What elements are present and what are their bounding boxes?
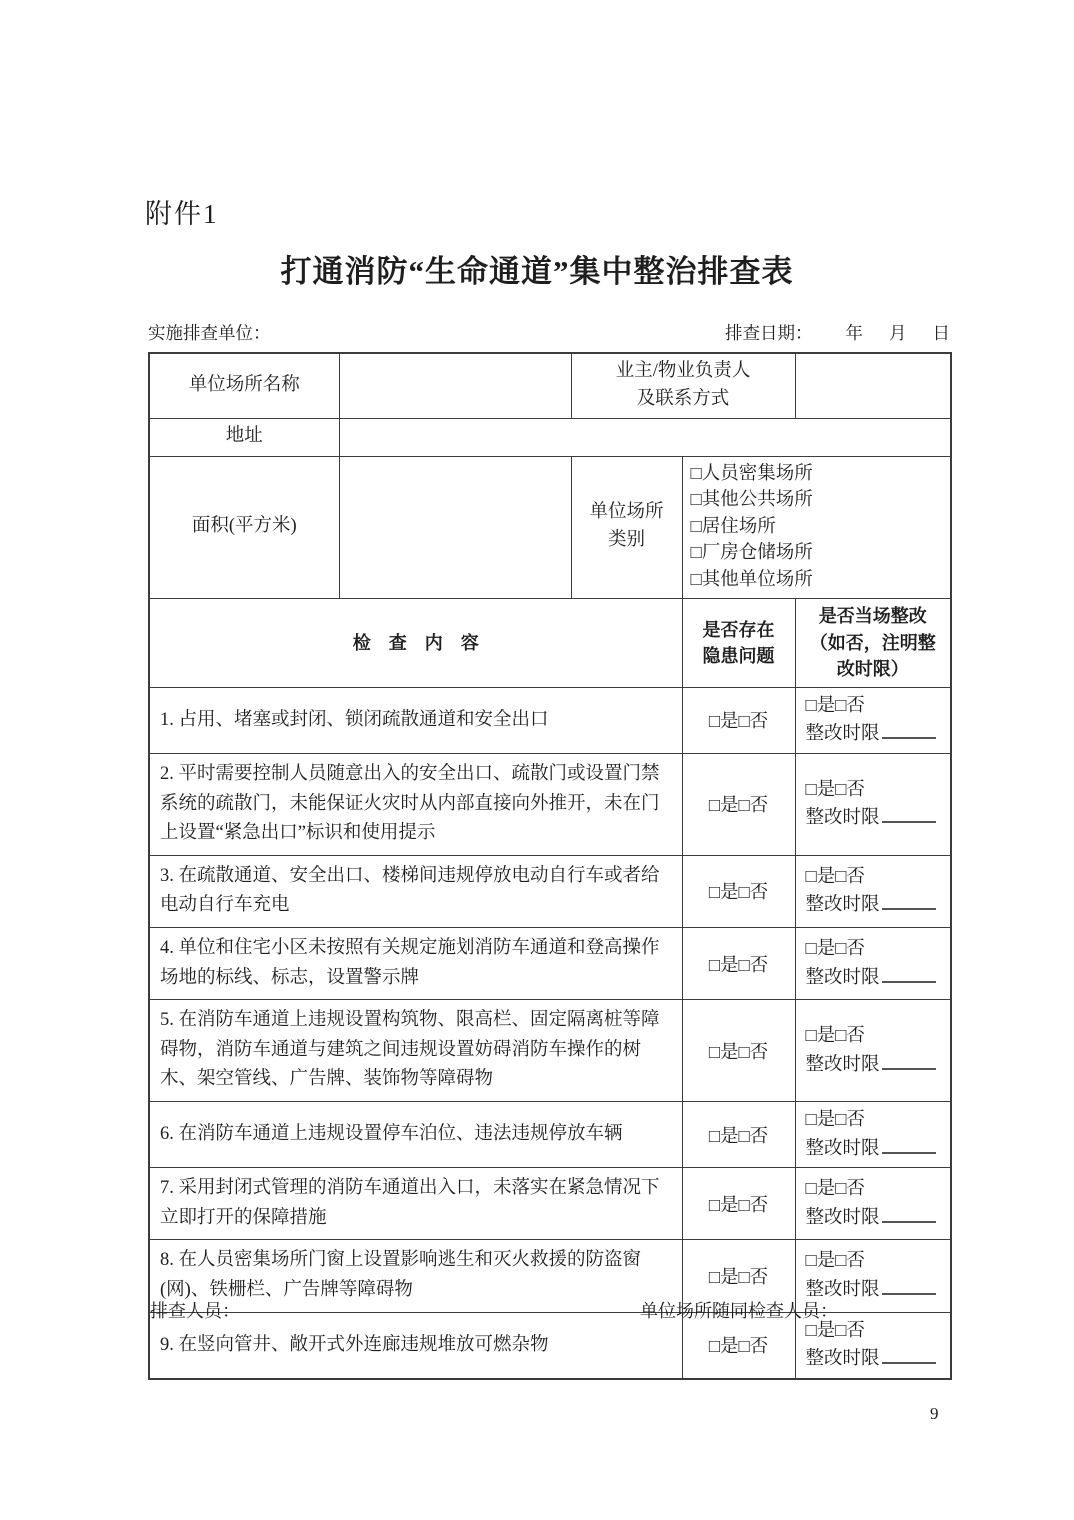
rectify-deadline-blank [882, 979, 936, 983]
category-option: □其他公共场所 [691, 487, 945, 514]
owner-contact-line2: 及联系方式 [572, 386, 795, 414]
checklist-row: 1. 占用、堵塞或封闭、锁闭疏散通道和安全出口 □是□否 □是□否整改时限 [149, 687, 951, 753]
checklist-row: 4. 单位和住宅小区未按照有关规定施划消防车通道和登高操作场地的标线、标志，设置… [149, 927, 951, 999]
hazard-yes-no-checkboxes: □是□否 [682, 1168, 795, 1240]
rectify-cell: □是□否整改时限 [795, 1000, 951, 1102]
hazard-yes-no-checkboxes: □是□否 [682, 753, 795, 855]
hazard-yes-no-checkboxes: □是□否 [682, 855, 795, 927]
checkbox-icon: □ [691, 464, 702, 484]
inspect-date-label: 排查日期： [725, 320, 813, 345]
page-title: 打通消防“生命通道”集中整治排查表 [0, 246, 1074, 291]
rectify-cell: □是□否整改时限 [795, 753, 951, 855]
category-option: □人员密集场所 [691, 461, 945, 488]
header-rectify: 是否当场整改 （如否，注明整 改时限） [795, 598, 951, 687]
category-option-label: 其他公共场所 [702, 490, 813, 510]
header-hazard-line1: 是否存在 [683, 617, 795, 643]
inspection-form-table: 单位场所名称 业主/物业负责人 及联系方式 地址 面积(平方米) 单位场所 类别… [148, 352, 952, 1380]
hazard-yes-no-checkboxes: □是□否 [682, 687, 795, 753]
rectify-deadline-blank [882, 1150, 936, 1154]
item-text: 7. 采用封闭式管理的消防车通道出入口，未落实在紧急情况下立即打开的保障措施 [149, 1168, 682, 1240]
meta-row: 实施排查单位： 排查日期：年月日 [148, 320, 950, 345]
accompanying-personnel-label: 单位场所随同检查人员： [640, 1297, 838, 1323]
rectify-yes-no-checkboxes: □是□否 [806, 935, 945, 964]
item-text: 2. 平时需要控制人员随意出入的安全出口、疏散门或设置门禁系统的疏散门，未能保证… [149, 753, 682, 855]
rectify-yes-no-checkboxes: □是□否 [806, 776, 945, 805]
rectify-yes-no-checkboxes: □是□否 [806, 1022, 945, 1051]
unit-name-value-cell [339, 353, 571, 418]
category-option: □其他单位场所 [691, 567, 945, 594]
item-text: 6. 在消防车通道上违规设置停车泊位、违法违规停放车辆 [149, 1101, 682, 1167]
rectify-deadline-blank [882, 819, 936, 823]
owner-contact-value-cell [795, 353, 951, 418]
owner-contact-label: 业主/物业负责人 及联系方式 [571, 353, 795, 418]
rectify-deadline-blank [882, 735, 936, 739]
unit-name-label: 单位场所名称 [149, 353, 339, 418]
rectify-cell: □是□否整改时限 [795, 855, 951, 927]
rectify-deadline-label: 整改时限 [806, 1139, 880, 1159]
rectify-deadline-blank [882, 1291, 936, 1295]
item-text: 1. 占用、堵塞或封闭、锁闭疏散通道和安全出口 [149, 687, 682, 753]
rectify-deadline-blank [882, 1360, 936, 1364]
rectify-yes-no-checkboxes: □是□否 [806, 863, 945, 892]
header-rectify-line2: （如否，注明整 [796, 630, 951, 656]
inspectors-label: 排查人员： [150, 1297, 240, 1323]
rectify-deadline-label: 整改时限 [806, 724, 880, 744]
rectify-yes-no-checkboxes: □是□否 [806, 1247, 945, 1276]
category-label-line2: 类别 [572, 527, 682, 555]
inspect-unit-label: 实施排查单位： [148, 320, 271, 345]
rectify-yes-no-checkboxes: □是□否 [806, 692, 945, 721]
checkbox-icon: □ [691, 543, 702, 563]
checklist-row: 3. 在疏散通道、安全出口、楼梯间违规停放电动自行车或者给电动自行车充电 □是□… [149, 855, 951, 927]
category-option-label: 居住场所 [702, 517, 776, 537]
item-text: 4. 单位和住宅小区未按照有关规定施划消防车通道和登高操作场地的标线、标志，设置… [149, 927, 682, 999]
page-number: 9 [930, 1404, 939, 1424]
header-hazard-exists: 是否存在 隐患问题 [682, 598, 795, 687]
item-text: 5. 在消防车通道上违规设置构筑物、限高栏、固定隔离桩等障碍物，消防车通道与建筑… [149, 1000, 682, 1102]
hazard-yes-no-checkboxes: □是□否 [682, 1101, 795, 1167]
rectify-deadline-blank [882, 1219, 936, 1223]
checkbox-icon: □ [691, 490, 702, 510]
area-value-cell [339, 456, 571, 598]
rectify-deadline-blank [882, 1066, 936, 1070]
inspect-date-group: 排查日期：年月日 [725, 320, 950, 345]
checklist-row: 7. 采用封闭式管理的消防车通道出入口，未落实在紧急情况下立即打开的保障措施 □… [149, 1168, 951, 1240]
rectify-deadline-label: 整改时限 [806, 968, 880, 988]
attachment-label: 附件1 [145, 192, 219, 231]
category-option: □居住场所 [691, 514, 945, 541]
category-option: □厂房仓储场所 [691, 540, 945, 567]
checklist-row: 2. 平时需要控制人员随意出入的安全出口、疏散门或设置门禁系统的疏散门，未能保证… [149, 753, 951, 855]
unit-name-row: 单位场所名称 业主/物业负责人 及联系方式 [149, 353, 951, 418]
rectify-deadline-label: 整改时限 [806, 895, 880, 915]
date-month-label: 月 [889, 320, 907, 345]
rectify-deadline-label: 整改时限 [806, 1349, 880, 1369]
document-page: 附件1 打通消防“生命通道”集中整治排查表 实施排查单位： 排查日期：年月日 单… [0, 0, 1074, 1520]
area-label: 面积(平方米) [149, 456, 339, 598]
rectify-deadline-label: 整改时限 [806, 1208, 880, 1228]
header-content: 检 查 内 容 [149, 598, 682, 687]
header-hazard-line2: 隐患问题 [683, 643, 795, 669]
header-rectify-line1: 是否当场整改 [796, 603, 951, 629]
rectify-cell: □是□否整改时限 [795, 1101, 951, 1167]
header-rectify-line3: 改时限） [796, 656, 951, 682]
address-value-cell [339, 418, 951, 456]
owner-contact-line1: 业主/物业负责人 [572, 358, 795, 386]
checklist-row: 5. 在消防车通道上违规设置构筑物、限高栏、固定隔离桩等障碍物，消防车通道与建筑… [149, 1000, 951, 1102]
category-option-label: 人员密集场所 [702, 464, 813, 484]
category-option-label: 其他单位场所 [702, 570, 813, 590]
category-label-line1: 单位场所 [572, 499, 682, 527]
checklist-header-row: 检 查 内 容 是否存在 隐患问题 是否当场整改 （如否，注明整 改时限） [149, 598, 951, 687]
date-day-label: 日 [933, 320, 951, 345]
checklist-row: 6. 在消防车通道上违规设置停车泊位、违法违规停放车辆 □是□否 □是□否整改时… [149, 1101, 951, 1167]
category-option-label: 厂房仓储场所 [702, 543, 813, 563]
rectify-deadline-label: 整改时限 [806, 808, 880, 828]
area-category-row: 面积(平方米) 单位场所 类别 □人员密集场所 □其他公共场所 □居住场所 □厂… [149, 456, 951, 598]
rectify-deadline-label: 整改时限 [806, 1055, 880, 1075]
rectify-yes-no-checkboxes: □是□否 [806, 1106, 945, 1135]
address-row: 地址 [149, 418, 951, 456]
hazard-yes-no-checkboxes: □是□否 [682, 927, 795, 999]
address-label: 地址 [149, 418, 339, 456]
rectify-yes-no-checkboxes: □是□否 [806, 1175, 945, 1204]
hazard-yes-no-checkboxes: □是□否 [682, 1000, 795, 1102]
checkbox-icon: □ [691, 517, 702, 537]
category-label: 单位场所 类别 [571, 456, 682, 598]
item-text: 3. 在疏散通道、安全出口、楼梯间违规停放电动自行车或者给电动自行车充电 [149, 855, 682, 927]
rectify-cell: □是□否整改时限 [795, 1168, 951, 1240]
rectify-cell: □是□否整改时限 [795, 687, 951, 753]
checkbox-icon: □ [691, 570, 702, 590]
rectify-cell: □是□否整改时限 [795, 927, 951, 999]
rectify-deadline-blank [882, 906, 936, 910]
category-options-cell: □人员密集场所 □其他公共场所 □居住场所 □厂房仓储场所 □其他单位场所 [682, 456, 951, 598]
date-year-label: 年 [846, 320, 864, 345]
